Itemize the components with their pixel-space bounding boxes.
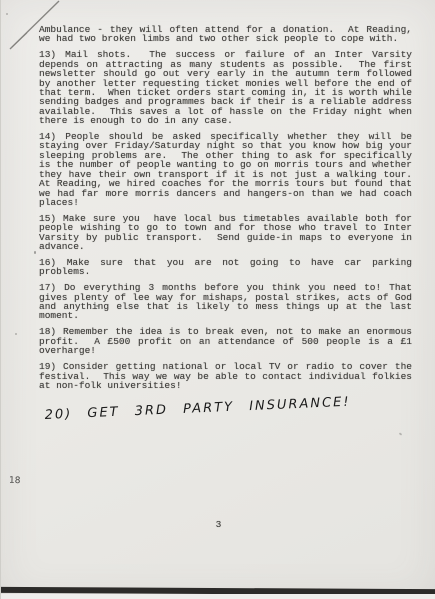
typed-paragraph-intro: Ambulance - they will often attend for a… [39,25,412,44]
typed-paragraph-14: 14) People should be asked specifically … [39,132,412,207]
paper-speck [96,305,99,307]
typed-paragraph-18: 18) Remember the idea is to break even, … [39,327,412,355]
scan-below-edge [1,594,435,599]
scanned-page: Ambulance - they will often attend for a… [0,0,435,599]
typed-text-block: Ambulance - they will often attend for a… [39,25,412,397]
paper-speck [399,432,403,435]
typed-paragraph-19: 19) Consider getting national or local T… [39,362,412,390]
page-number: 3 [1,519,435,530]
handwritten-note: 20) GET 3RD PARTY INSURANCE! [44,394,374,423]
typed-paragraph-13: 13) Mail shots. The success or failure o… [39,50,412,125]
margin-note: 18 [9,476,21,486]
paper-speck [34,251,36,254]
typed-paragraph-15: 15) Make sure you have local bus timetab… [39,214,412,252]
typed-paragraph-17: 17) Do everything 3 months before you th… [39,283,412,321]
paper-speck [15,333,17,335]
typed-paragraph-16: 16) Make sure that you are not going to … [39,258,412,277]
